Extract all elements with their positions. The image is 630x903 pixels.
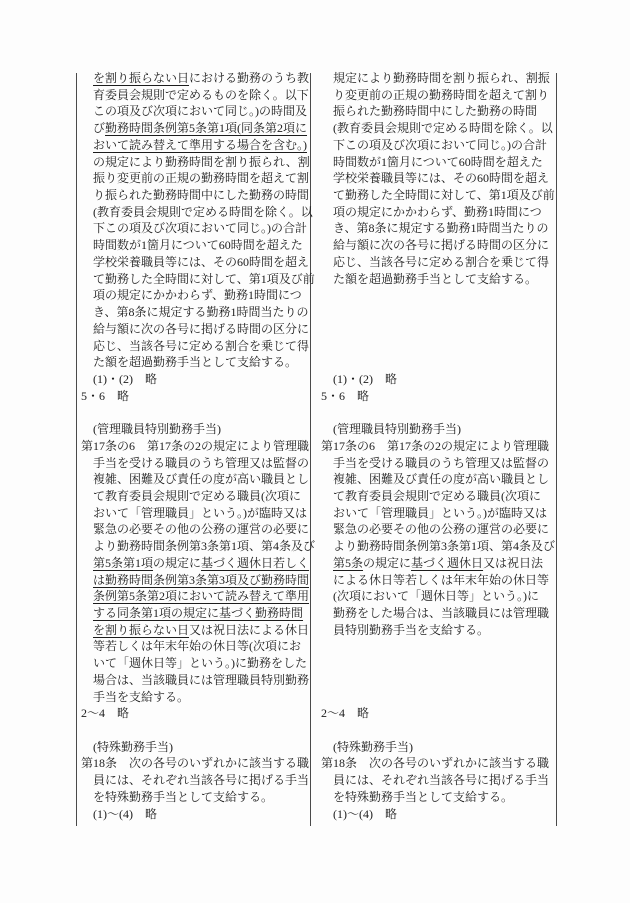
text-line: 第17条の6 第17条の2の規定により管理職: [81, 438, 308, 455]
table-border-left: [76, 73, 77, 826]
text-segment: 手当を支給する。: [93, 690, 189, 704]
blank-line: [321, 321, 554, 338]
text-line: (1)〜(4) 略: [321, 806, 554, 823]
text-line: 第5条の規定に基づく週休日又は祝日法: [321, 555, 554, 572]
text-line: (次項において「週休日等」という。)に: [321, 588, 554, 605]
blank-line: [321, 354, 554, 371]
text-segment: この項及び次項において同じ。)の時間及: [93, 104, 307, 118]
text-line: 項の規定にかかわらず、勤務1時間につ: [81, 287, 308, 304]
text-line: 振られた勤務時間中にした勤務の時間: [321, 103, 554, 120]
text-line: り変更前の正規の勤務時間を超えて割り: [321, 87, 554, 104]
text-line: り振られた勤務時間中にした勤務の時間: [81, 187, 308, 204]
blank-line: [321, 655, 554, 672]
text-segment: 5・6 略: [321, 389, 369, 403]
amended-text-segment: 第5条第1項: [93, 556, 153, 570]
text-segment: 複雑、困難及び責任の度が高い職員とし: [333, 472, 549, 486]
text-segment: た額を超過勤務手当として支給する。: [333, 272, 537, 286]
text-line: き、第8条に規定する勤務1時間当たりの: [321, 220, 554, 237]
table-border-right: [556, 73, 557, 826]
amended-text-segment: おいて読み替えて準用する場合を含む。): [93, 138, 307, 152]
text-segment: 2〜4 略: [81, 706, 129, 720]
document-page: を割り振らない日における勤務のうち教育委員会規則で定めるものを除く。以下この項及…: [0, 0, 630, 903]
text-line: 第5条第1項の規定に基づく週休日若しく: [81, 555, 308, 572]
blank-line: [321, 722, 554, 739]
text-line: おいて読み替えて準用する場合を含む。): [81, 137, 308, 154]
amended-text-segment: を割り振らない日: [93, 71, 189, 85]
text-line: 第18条 次の各号のいずれかに該当する職: [81, 755, 308, 772]
text-line: 学校栄養職員等には、その60時間を超え: [321, 170, 554, 187]
text-segment: の規定に: [363, 556, 411, 570]
text-segment: 第18条 次の各号のいずれかに該当する職: [321, 756, 549, 770]
text-segment: 員特別勤務手当を支給する。: [333, 623, 489, 637]
text-line: は勤務時間条例第3条第3項及び勤務時間: [81, 572, 308, 589]
text-line: (管理職員特別勤務手当): [321, 421, 554, 438]
text-line: 第17条の6 第17条の2の規定により管理職: [321, 438, 554, 455]
column-current-text: 規定により勤務時間を割り振られ、割振り変更前の正規の勤務時間を超えて割り振られた…: [321, 70, 554, 822]
text-line: 時間数が1箇月について60時間を超えた: [321, 154, 554, 171]
text-segment: (1)・(2) 略: [93, 372, 157, 386]
text-line: 複雑、困難及び責任の度が高い職員とし: [321, 471, 554, 488]
text-segment: 5・6 略: [81, 389, 129, 403]
text-segment: 学校栄養職員等には、その60時間を超え: [333, 171, 549, 185]
text-line: 2〜4 略: [321, 705, 554, 722]
amended-text-segment: 条例第5条第2項において読み替えて準用: [93, 589, 309, 603]
amended-text-segment: 基づく週休日若しく: [201, 556, 309, 570]
blank-line: [321, 689, 554, 706]
text-line: て勤務した全時間に対して、第1項及び前: [321, 187, 554, 204]
amended-text-segment: 第5条: [333, 556, 363, 570]
text-line: 第18条 次の各号のいずれかに該当する職: [321, 755, 554, 772]
text-line: 複雑、困難及び責任の度が高い職員とし: [81, 471, 308, 488]
text-line: 員特別勤務手当を支給する。: [321, 622, 554, 639]
text-segment: いて「週休日等」という。)に勤務をした: [93, 656, 307, 670]
text-segment: (次項において「週休日等」という。)に: [333, 589, 539, 603]
text-line: (教育委員会規則で定める時間を除く。以: [81, 204, 308, 221]
text-line: おいて「管理職員」という。)が臨時又は: [321, 505, 554, 522]
text-segment: 時間数が1箇月について60時間を超えた: [333, 155, 543, 169]
text-segment: て教育委員会規則で定める職員(次項に: [333, 489, 541, 503]
text-segment: 等若しくは年末年始の休日等(次項にお: [93, 639, 301, 653]
text-line: より勤務時間条例第3条第1項、第4条及び: [321, 538, 554, 555]
table-column-divider: [310, 73, 311, 826]
text-line: 手当を受ける職員のうち管理又は監督の: [81, 455, 308, 472]
text-segment: (管理職員特別勤務手当): [333, 422, 461, 436]
text-segment: (特殊勤務手当): [93, 740, 173, 754]
text-segment: り変更前の正規の勤務時間を超えて割り: [333, 88, 549, 102]
text-segment: 給与額に次の各号に掲げる時間の区分に: [93, 322, 309, 336]
text-line: を特殊勤務手当として支給する。: [321, 789, 554, 806]
amended-text-segment: 勤務時間条例第5条第1項(同条第2項に: [105, 121, 307, 135]
blank-line: [321, 338, 554, 355]
text-segment: おいて「管理職員」という。)が臨時又は: [333, 506, 547, 520]
text-segment: 振られた勤務時間中にした勤務の時間: [333, 104, 537, 118]
text-segment: (教育委員会規則で定める時間を除く。以: [93, 205, 313, 219]
text-segment: 員には、それぞれ当該各号に掲げる手当: [93, 773, 309, 787]
text-line: 緊急の必要その他の公務の運営の必要に: [81, 521, 308, 538]
text-segment: て勤務した全時間に対して、第1項及び前: [333, 188, 555, 202]
text-segment: 2〜4 略: [321, 706, 369, 720]
text-segment: の規定により勤務時間を割り振られ、割: [93, 155, 310, 169]
text-segment: 場合は、当該職員には管理職員特別勤務: [93, 673, 309, 687]
text-segment: 員には、それぞれ当該各号に掲げる手当: [333, 773, 549, 787]
text-segment: 規定により勤務時間を割り振られ、割振: [333, 71, 550, 85]
text-segment: (1)〜(4) 略: [333, 807, 397, 821]
text-segment: 項の規定にかかわらず、勤務1時間につ: [333, 205, 542, 219]
text-segment: (特殊勤務手当): [333, 740, 413, 754]
amended-text-segment: は勤務時間条例第3条第3項及び勤務時間: [93, 573, 309, 587]
text-line: た額を超過勤務手当として支給する。: [321, 271, 554, 288]
text-segment: 育委員会規則で定めるものを除く。以下: [93, 88, 309, 102]
text-segment: 複雑、困難及び責任の度が高い職員とし: [93, 472, 309, 486]
text-line: による休日等若しくは年末年始の休日等: [321, 572, 554, 589]
text-line: 給与額に次の各号に掲げる時間の区分に: [81, 321, 308, 338]
text-segment: て勤務した全時間に対して、第1項及び前: [93, 272, 315, 286]
text-line: 緊急の必要その他の公務の運営の必要に: [321, 521, 554, 538]
text-segment: 時間数が1箇月について60時間を超えた: [93, 238, 303, 252]
text-segment: 緊急の必要その他の公務の運営の必要に: [93, 522, 309, 536]
text-segment: 手当を受ける職員のうち管理又は監督の: [333, 456, 549, 470]
text-line: (1)・(2) 略: [81, 371, 308, 388]
column-amended-text: を割り振らない日における勤務のうち教育委員会規則で定めるものを除く。以下この項及…: [81, 70, 308, 822]
text-line: の規定により勤務時間を割り振られ、割: [81, 154, 308, 171]
text-line: 下この項及び次項において同じ。)の合計: [81, 220, 308, 237]
text-line: を特殊勤務手当として支給する。: [81, 789, 308, 806]
text-segment: 又は祝日法: [483, 556, 543, 570]
text-segment: 緊急の必要その他の公務の運営の必要に: [333, 522, 549, 536]
text-segment: を特殊勤務手当として支給する。: [333, 790, 513, 804]
text-segment: び: [93, 121, 105, 135]
text-segment: より勤務時間条例第3条第1項、第4条及び: [333, 539, 555, 553]
blank-line: [321, 304, 554, 321]
text-segment: 又は祝日法による休日: [189, 623, 309, 637]
text-line: 員には、それぞれ当該各号に掲げる手当: [321, 772, 554, 789]
text-line: 項の規定にかかわらず、勤務1時間につ: [321, 204, 554, 221]
text-line: 条例第5条第2項において読み替えて準用: [81, 588, 308, 605]
text-line: 員には、それぞれ当該各号に掲げる手当: [81, 772, 308, 789]
text-segment: 項の規定にかかわらず、勤務1時間につ: [93, 288, 302, 302]
text-line: て教育委員会規則で定める職員(次項に: [321, 488, 554, 505]
blank-line: [81, 404, 308, 421]
text-line: 応じ、当該各号に定める割合を乗じて得: [321, 254, 554, 271]
text-line: 手当を支給する。: [81, 689, 308, 706]
text-line: 5・6 略: [321, 388, 554, 405]
text-line: 規定により勤務時間を割り振られ、割振: [321, 70, 554, 87]
text-segment: における勤務のうち教: [189, 71, 309, 85]
text-segment: 勤務をした場合は、当該職員には管理職: [333, 606, 549, 620]
text-line: 勤務をした場合は、当該職員には管理職: [321, 605, 554, 622]
text-segment: 下この項及び次項において同じ。)の合計: [333, 138, 547, 152]
text-segment: 振り変更前の正規の勤務時間を超えて割: [93, 171, 309, 185]
text-line: き、第8条に規定する勤務1時間当たりの: [81, 304, 308, 321]
amended-text-segment: を割り振らない日: [93, 623, 189, 637]
blank-line: [321, 404, 554, 421]
blank-line: [321, 672, 554, 689]
text-segment: 第18条 次の各号のいずれかに該当する職: [81, 756, 309, 770]
text-segment: り振られた勤務時間中にした勤務の時間: [93, 188, 309, 202]
text-segment: た額を超過勤務手当として支給する。: [93, 355, 297, 369]
text-segment: 応じ、当該各号に定める割合を乗じて得: [93, 339, 309, 353]
text-line: を割り振らない日における勤務のうち教: [81, 70, 308, 87]
text-line: を割り振らない日又は祝日法による休日: [81, 622, 308, 639]
text-segment: き、第8条に規定する勤務1時間当たりの: [93, 305, 309, 319]
blank-line: [321, 638, 554, 655]
text-line: 学校栄養職員等には、その60時間を超え: [81, 254, 308, 271]
text-segment: (教育委員会規則で定める時間を除く。以: [333, 121, 553, 135]
text-segment: おいて「管理職員」という。)が臨時又は: [93, 506, 307, 520]
text-line: おいて「管理職員」という。)が臨時又は: [81, 505, 308, 522]
text-segment: 手当を受ける職員のうち管理又は監督の: [93, 456, 309, 470]
text-line: 2〜4 略: [81, 705, 308, 722]
amended-text-segment: する同条第1項の規定に基づく勤務時間: [93, 606, 303, 620]
text-line: (1)〜(4) 略: [81, 806, 308, 823]
text-line: 場合は、当該職員には管理職員特別勤務: [81, 672, 308, 689]
text-segment: て教育委員会規則で定める職員(次項に: [93, 489, 301, 503]
text-line: (特殊勤務手当): [81, 739, 308, 756]
text-segment: 下この項及び次項において同じ。)の合計: [93, 221, 307, 235]
text-segment: 第17条の6 第17条の2の規定により管理職: [321, 439, 549, 453]
blank-line: [321, 287, 554, 304]
text-segment: (管理職員特別勤務手当): [93, 422, 221, 436]
text-segment: (1)・(2) 略: [333, 372, 397, 386]
blank-line: [81, 722, 308, 739]
text-segment: の規定に: [153, 556, 201, 570]
text-line: する同条第1項の規定に基づく勤務時間: [81, 605, 308, 622]
text-line: 下この項及び次項において同じ。)の合計: [321, 137, 554, 154]
text-line: より勤務時間条例第3条第1項、第4条及び: [81, 538, 308, 555]
text-segment: を特殊勤務手当として支給する。: [93, 790, 273, 804]
text-line: 振り変更前の正規の勤務時間を超えて割: [81, 170, 308, 187]
text-segment: 第17条の6 第17条の2の規定により管理職: [81, 439, 309, 453]
text-line: て勤務した全時間に対して、第1項及び前: [81, 271, 308, 288]
text-line: この項及び次項において同じ。)の時間及: [81, 103, 308, 120]
text-line: た額を超過勤務手当として支給する。: [81, 354, 308, 371]
text-line: (教育委員会規則で定める時間を除く。以: [321, 120, 554, 137]
text-line: び勤務時間条例第5条第1項(同条第2項に: [81, 120, 308, 137]
text-segment: 給与額に次の各号に掲げる時間の区分に: [333, 238, 549, 252]
amended-text-segment: 基づく週休日: [411, 556, 483, 570]
text-segment: 応じ、当該各号に定める割合を乗じて得: [333, 255, 549, 269]
text-segment: 学校栄養職員等には、その60時間を超え: [93, 255, 309, 269]
text-line: (管理職員特別勤務手当): [81, 421, 308, 438]
text-line: (特殊勤務手当): [321, 739, 554, 756]
text-segment: き、第8条に規定する勤務1時間当たりの: [333, 221, 549, 235]
text-segment: (1)〜(4) 略: [93, 807, 157, 821]
text-line: 時間数が1箇月について60時間を超えた: [81, 237, 308, 254]
text-line: て教育委員会規則で定める職員(次項に: [81, 488, 308, 505]
text-line: 手当を受ける職員のうち管理又は監督の: [321, 455, 554, 472]
text-line: 応じ、当該各号に定める割合を乗じて得: [81, 338, 308, 355]
text-line: 等若しくは年末年始の休日等(次項にお: [81, 638, 308, 655]
text-line: 5・6 略: [81, 388, 308, 405]
text-segment: より勤務時間条例第3条第1項、第4条及び: [93, 539, 315, 553]
text-line: (1)・(2) 略: [321, 371, 554, 388]
text-line: 給与額に次の各号に掲げる時間の区分に: [321, 237, 554, 254]
text-line: 育委員会規則で定めるものを除く。以下: [81, 87, 308, 104]
text-line: いて「週休日等」という。)に勤務をした: [81, 655, 308, 672]
text-segment: による休日等若しくは年末年始の休日等: [333, 573, 549, 587]
